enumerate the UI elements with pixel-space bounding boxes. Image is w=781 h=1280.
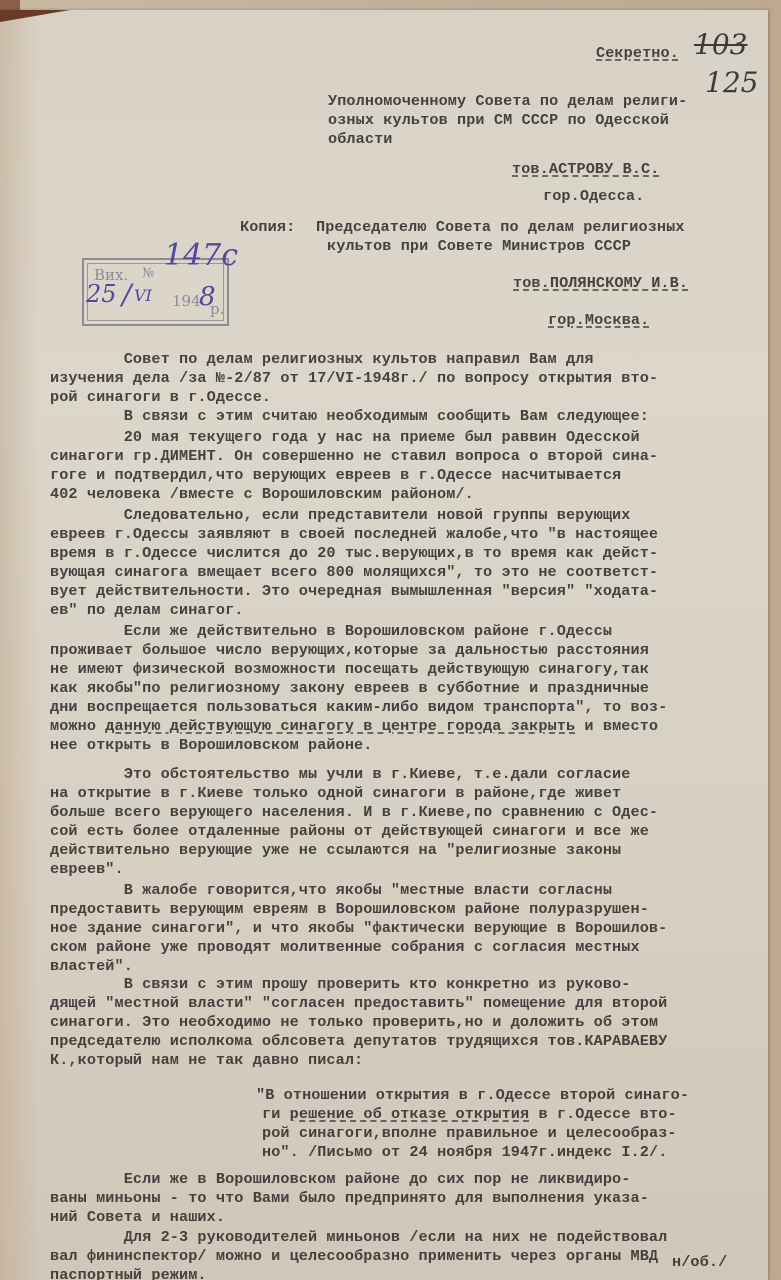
- body-line: проживает большое число верующих,которые…: [50, 641, 649, 661]
- copy-label: Копия:: [240, 218, 295, 238]
- body-line: паспортный режим.: [50, 1266, 207, 1280]
- continuation-mark: н/об./: [672, 1253, 727, 1273]
- body-line: предоставить верующим евреям в Ворошилов…: [50, 900, 649, 920]
- stamp-handwritten-number: 147с: [164, 238, 238, 273]
- body-line: В связи с этим считаю необходимым сообщи…: [50, 407, 649, 427]
- body-line: вует действительности. Это очередная вым…: [50, 582, 658, 602]
- body-line: В связи с этим прошу проверить кто конкр…: [50, 975, 630, 995]
- body-line: вал фининспектор/ можно и целесообразно …: [50, 1247, 658, 1267]
- body-line: нее открыть в Ворошиловском районе.: [50, 736, 373, 756]
- folder-corner: [0, 10, 70, 22]
- body-line: как якобы"по религиозному закону евреев …: [50, 679, 649, 699]
- registration-stamp: Вих. № 194 р. 147с 25 / VI 8: [82, 258, 229, 326]
- body-line: ском районе уже проводят молитвенные соб…: [50, 938, 640, 958]
- quote-line-underlined: ги решение об отказе открытия в г.Одессе…: [262, 1105, 677, 1125]
- body-line: председателю исполкома облсовета депутат…: [50, 1032, 667, 1052]
- stamp-number-label: №: [142, 266, 154, 281]
- body-line: Если же действительно в Ворошиловском ра…: [50, 622, 612, 642]
- copy-city: гор.Москва.: [548, 311, 649, 331]
- stamp-date-slash: /: [122, 278, 131, 311]
- body-line: сой есть более отдаленные районы от дейс…: [50, 822, 649, 842]
- copy-line: культов при Совете Министров СССР: [327, 237, 631, 257]
- body-line: евреев г.Одессы заявляют в своей последн…: [50, 525, 658, 545]
- stamp-year-printed: 194: [172, 292, 201, 310]
- body-line-underlined: можно данную действующую синагогу в цент…: [50, 717, 658, 737]
- quote-line: "В отношении открытия в г.Одессе второй …: [256, 1086, 689, 1106]
- stamp-handwritten-year: 8: [199, 282, 216, 312]
- stamp-handwritten-day: 25: [86, 280, 117, 308]
- archive-number-current: 125: [705, 66, 758, 99]
- body-line: больше всего верующего населения. И в г.…: [50, 803, 658, 823]
- body-line: действительно верующие уже не ссылаются …: [50, 841, 621, 861]
- body-line: 402 человека /вместе с Ворошиловским рай…: [50, 485, 474, 505]
- body-line: на открытие в г.Киеве только одной синаг…: [50, 784, 621, 804]
- classification-mark: Секретно.: [596, 44, 679, 64]
- body-line: вующая синагога вмещает всего 800 молящи…: [50, 563, 658, 583]
- body-line: ний Совета и наших.: [50, 1208, 225, 1228]
- copy-line: Председателю Совета по делам религиозных: [316, 218, 685, 238]
- quote-line: но". /Письмо от 24 ноября 1947г.индекс I…: [262, 1143, 667, 1163]
- body-line: ваны миньоны - то что Вами было предприн…: [50, 1189, 649, 1209]
- addressee-line: озных культов при СМ СССР по Одесской: [328, 111, 669, 131]
- underlined-phrase: данную действующую синагогу в центре гор…: [105, 717, 575, 735]
- body-line: не имеют физической возможности посещать…: [50, 660, 649, 680]
- body-line: Для 2-3 руководителей миньонов /если на …: [50, 1228, 667, 1248]
- addressee-city: гор.Одесса.: [543, 187, 644, 207]
- body-line: синагоги. Это необходимо не только прове…: [50, 1013, 658, 1033]
- archive-number-crossed: 103: [694, 28, 747, 61]
- underlined-phrase: решение об отказе открытия: [290, 1105, 530, 1123]
- body-line: Если же в Ворошиловском районе до сих по…: [50, 1170, 630, 1190]
- stamp-handwritten-month: VI: [134, 286, 152, 305]
- body-line: изучения дела /за №-2/87 от 17/VI-1948г.…: [50, 369, 658, 389]
- body-line: ев" по делам синагог.: [50, 601, 244, 621]
- addressee-line: Уполномоченному Совета по делам религи-: [328, 92, 687, 112]
- body-line: Это обстоятельство мы учли в г.Киеве, т.…: [50, 765, 630, 785]
- body-line: евреев".: [50, 860, 124, 880]
- body-line: властей".: [50, 957, 133, 977]
- addressee-line: области: [328, 130, 393, 150]
- body-line: дящей "местной власти" "согласен предост…: [50, 994, 667, 1014]
- body-line: В жалобе говорится,что якобы "местные вл…: [50, 881, 612, 901]
- addressee-name: тов.АСТРОВУ В.С.: [512, 160, 659, 180]
- body-line: Совет по делам религиозных культов напра…: [50, 350, 594, 370]
- body-line: синагоги гр.ДИМЕНТ. Он совершенно не ста…: [50, 447, 658, 467]
- body-line: дни воспрещается пользоваться каким-либо…: [50, 698, 667, 718]
- body-line: ное здание синагоги", и что якобы "факти…: [50, 919, 667, 939]
- quote-line: рой синагоги,вполне правильное и целесоо…: [262, 1124, 677, 1144]
- document-page: Секретно. 103 125 Уполномоченному Совета…: [0, 10, 768, 1280]
- body-line: Следовательно, если представители новой …: [50, 506, 630, 526]
- copy-name: тов.ПОЛЯНСКОМУ И.В.: [513, 274, 688, 294]
- body-line: время в г.Одессе числится до 20 тыс.веру…: [50, 544, 658, 564]
- body-line: К.,который нам не так давно писал:: [50, 1051, 363, 1071]
- body-line: 20 мая текущего года у нас на приеме был…: [50, 428, 640, 448]
- body-line: гоге и подтвердил,что верующих евреев в …: [50, 466, 621, 486]
- body-line: рой синагоги в г.Одессе.: [50, 388, 271, 408]
